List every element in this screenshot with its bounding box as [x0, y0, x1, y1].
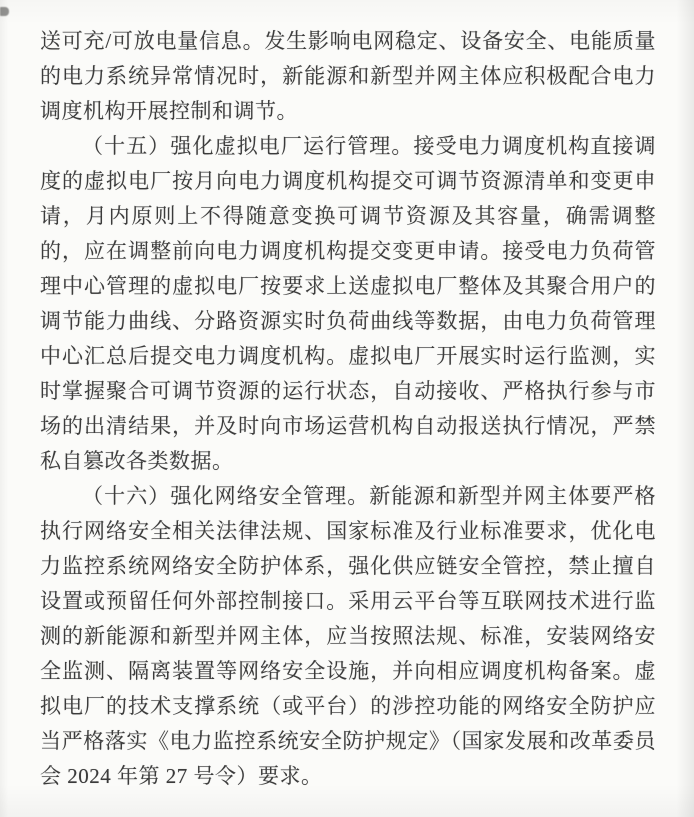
document-page: 送可充/可放电量信息。发生影响电网稳定、设备安全、电能质量的电力系统异常情况时，…	[0, 0, 694, 817]
paragraph-item-15: （十五）强化虚拟电厂运行管理。接受电力调度机构直接调度的虚拟电厂按月向电力调度机…	[40, 129, 656, 479]
document-text-block: 送可充/可放电量信息。发生影响电网稳定、设备安全、电能质量的电力系统异常情况时，…	[40, 24, 656, 794]
paragraph-item-16: （十六）强化网络安全管理。新能源和新型并网主体要严格执行网络安全相关法律法规、国…	[40, 479, 656, 794]
scan-artifact-speck	[0, 7, 9, 16]
paragraph-continuation: 送可充/可放电量信息。发生影响电网稳定、设备安全、电能质量的电力系统异常情况时，…	[40, 24, 656, 129]
